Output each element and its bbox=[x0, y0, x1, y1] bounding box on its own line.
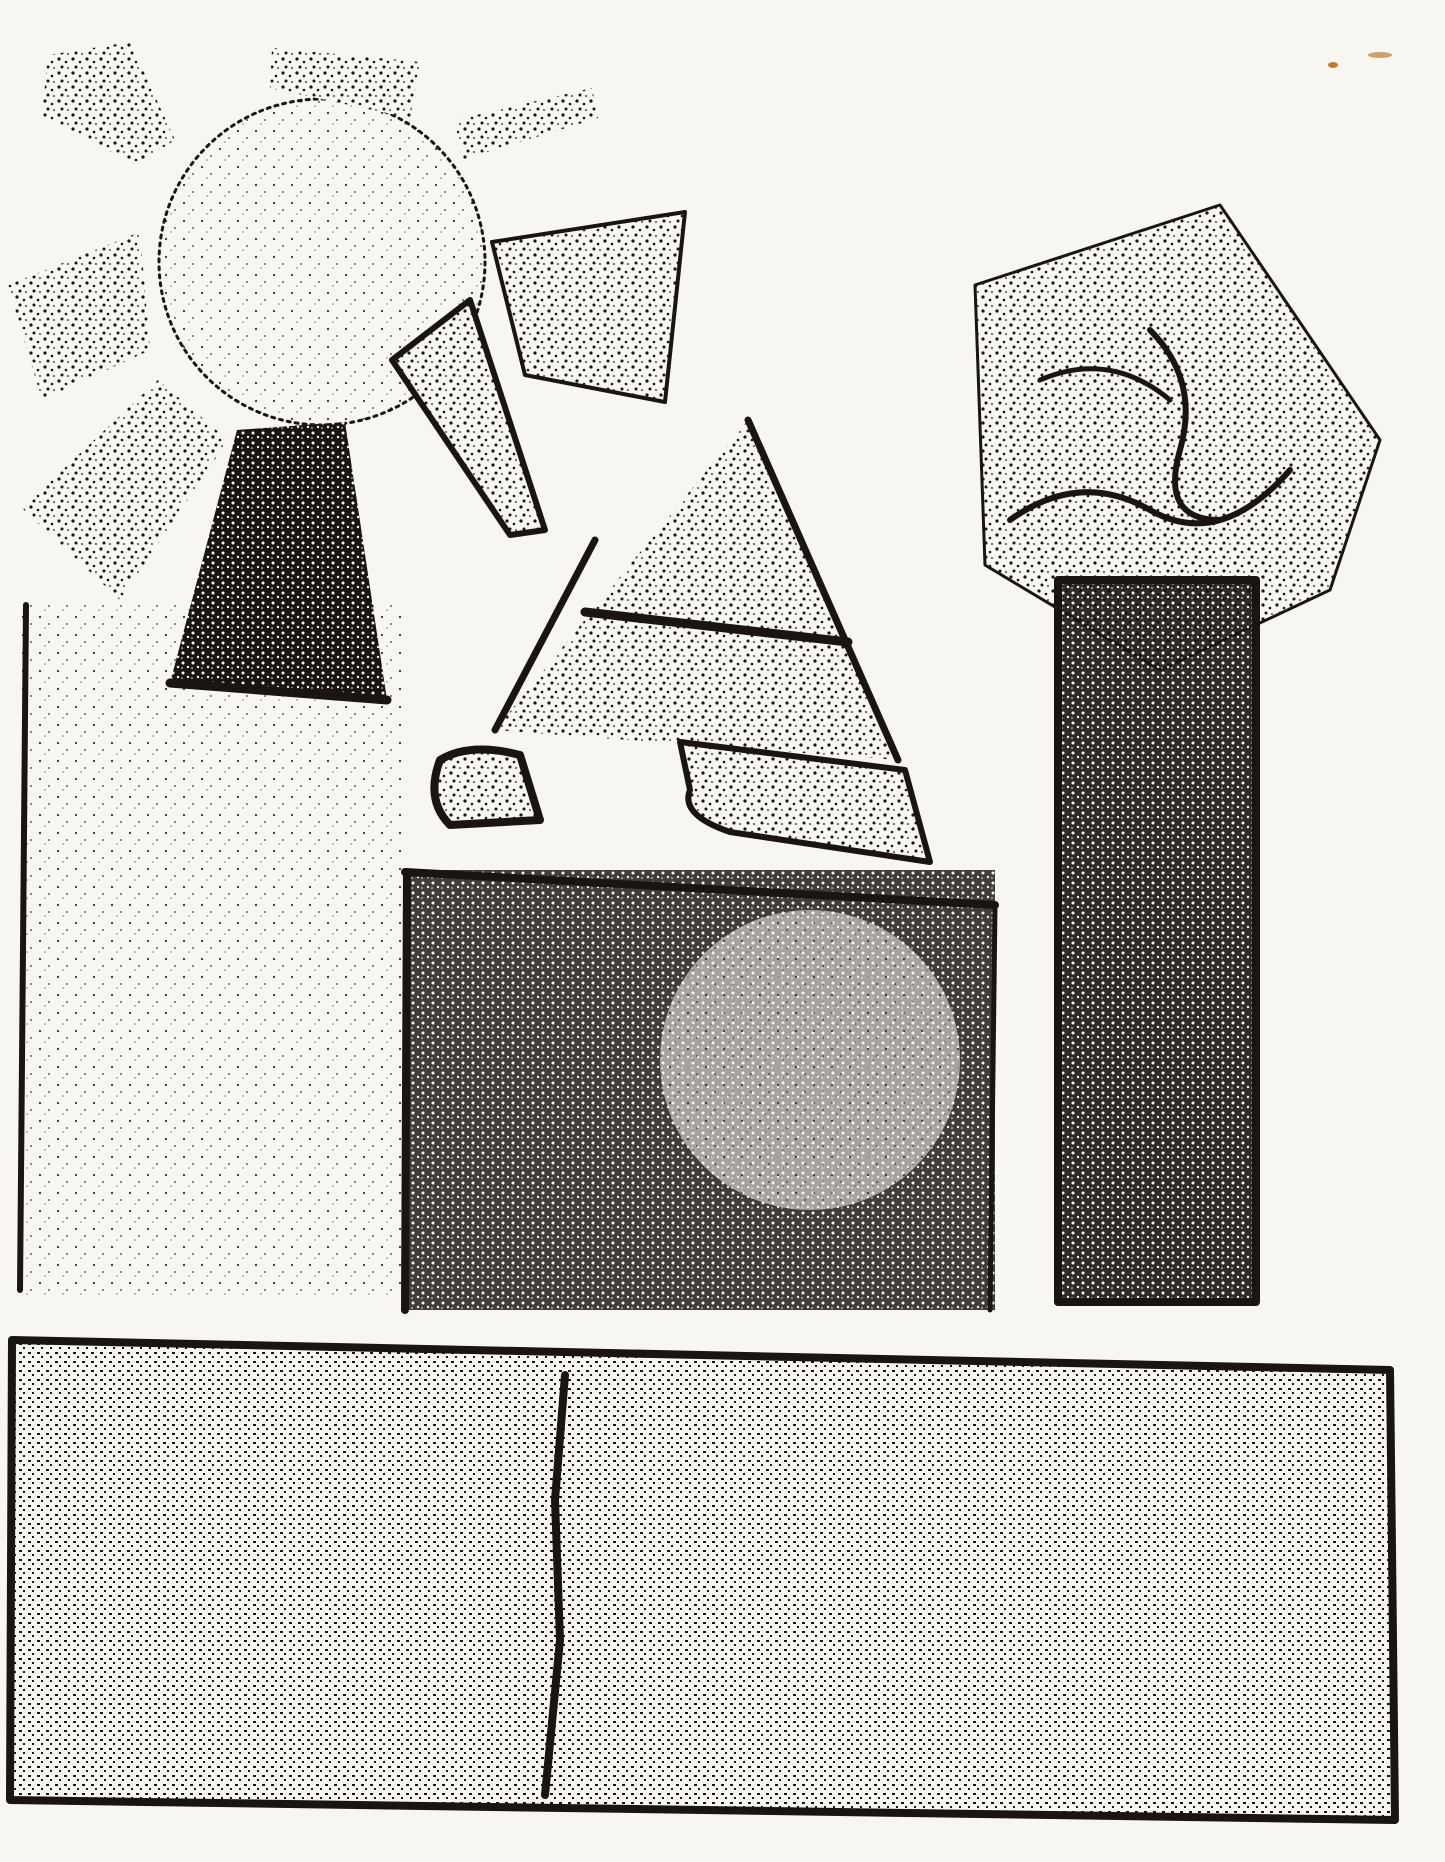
ground bbox=[10, 1340, 1395, 1820]
background-panel bbox=[20, 605, 402, 1295]
collagraph-artwork bbox=[0, 0, 1445, 1862]
tree-trunk bbox=[1058, 580, 1256, 1302]
house-wall bbox=[405, 870, 995, 1310]
